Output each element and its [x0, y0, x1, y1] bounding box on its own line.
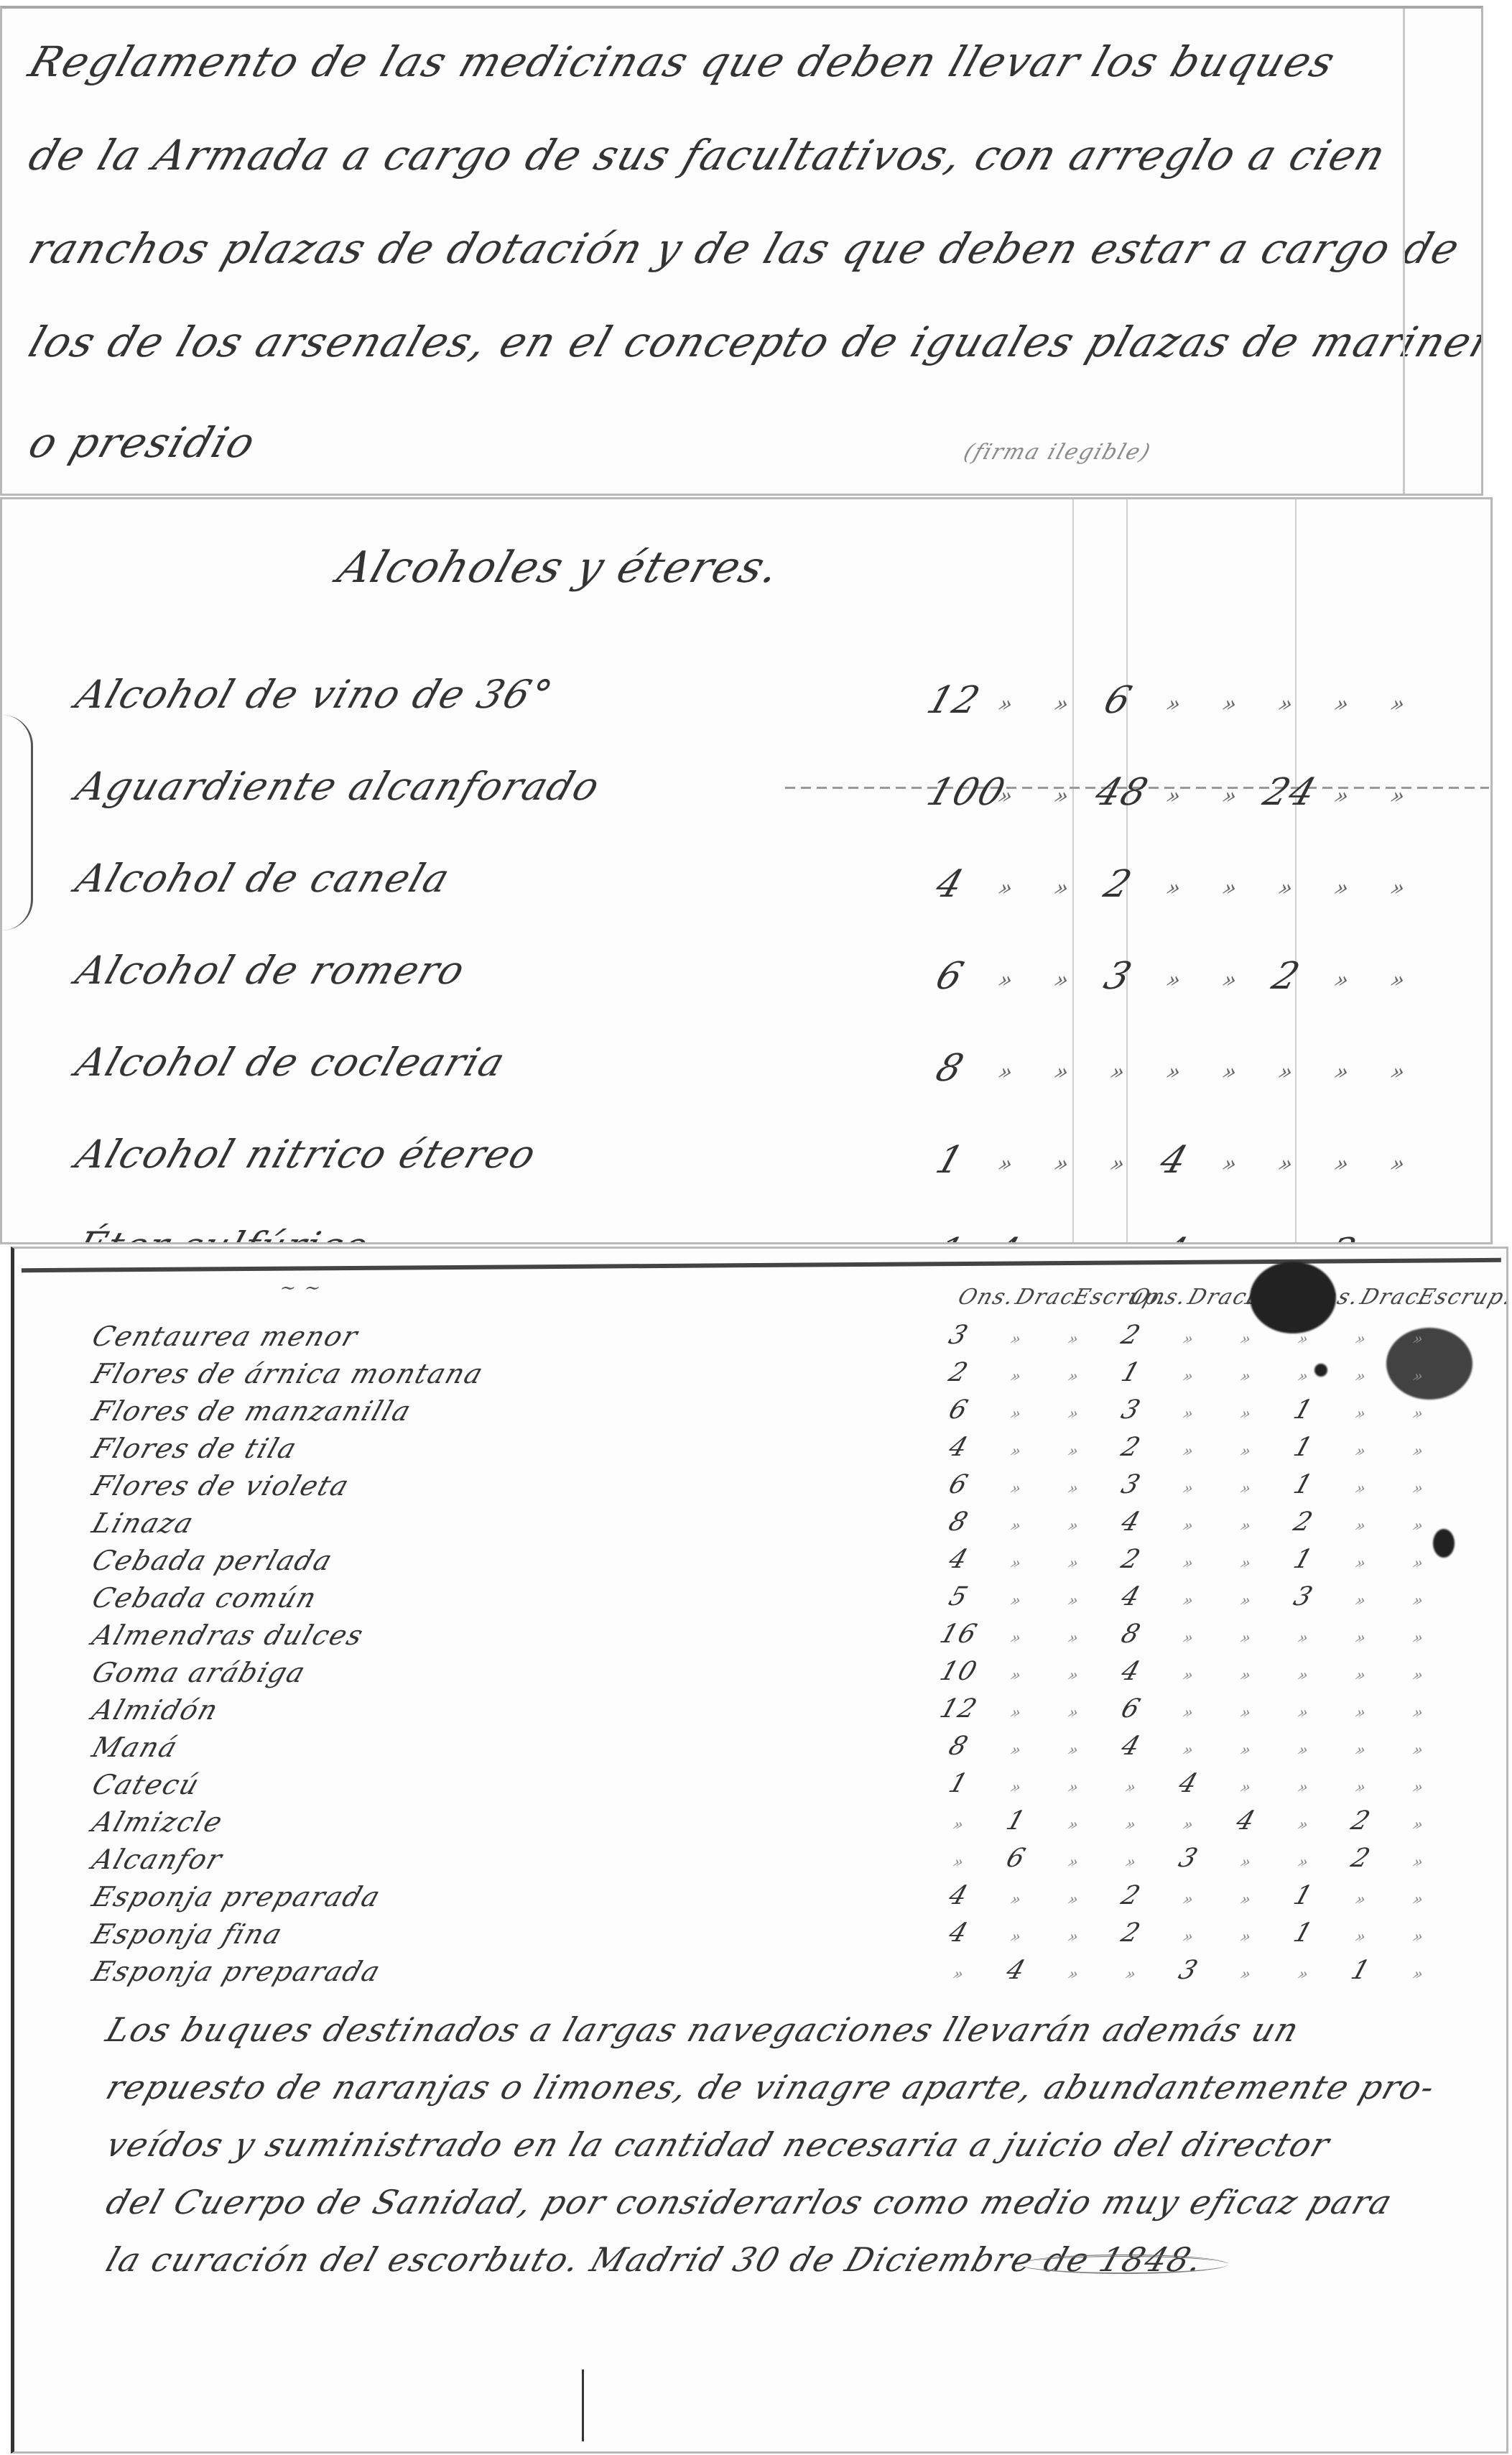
quantity-cell: »: [1340, 1592, 1382, 1610]
quantity-cell: »: [1340, 1742, 1382, 1760]
quantity-cell: 48: [1090, 771, 1146, 814]
quantity-cell: »: [1317, 1060, 1368, 1085]
medicine-row: »6»»3»»2»: [941, 1844, 1501, 1878]
title-line-1: Reglamento de las medicinas que deben ll…: [23, 37, 1342, 86]
quantity-cell: 8: [1108, 1619, 1154, 1649]
quantity-cell: »: [1053, 1779, 1095, 1797]
quantity-cell: »: [1225, 1443, 1267, 1461]
quantity-cell: »: [1317, 692, 1368, 717]
quantity-cell: 6: [922, 955, 978, 998]
column-header: Ons.: [1127, 1285, 1190, 1310]
quantity-cell: »: [938, 1816, 980, 1834]
quantity-cell: »: [1283, 1667, 1325, 1685]
quantity-cell: »: [1036, 876, 1087, 901]
title-line-4: los de los arsenales, en el concepto de …: [23, 318, 1483, 366]
quantity-cell: »: [1340, 1928, 1382, 1946]
alcohol-row: 4»»2»»»»»: [929, 863, 1446, 913]
quantity-cell: »: [1398, 1629, 1439, 1647]
quantity-cell: 1: [1108, 1358, 1154, 1387]
quantity-cell: »: [1053, 1854, 1095, 1872]
quantity-cell: »: [1283, 1331, 1325, 1349]
quantity-cell: 2: [1338, 1844, 1383, 1873]
quantity-cell: 3: [1281, 1582, 1326, 1612]
quantity-cell: »: [980, 1152, 1031, 1177]
footer-line-4: del Cuerpo de Sanidad, por considerarlos…: [101, 2183, 1398, 2221]
alcohol-name: Alcohol de vino de 36°: [70, 672, 560, 717]
alcohol-row: 100»»48»»24»»: [929, 771, 1446, 821]
quantity-cell: »: [1261, 1152, 1312, 1177]
quantity-cell: »: [1340, 1779, 1382, 1797]
medicine-row: 4»»2»»1»»: [941, 1545, 1501, 1579]
quantity-cell: »: [1225, 1966, 1267, 1984]
quantity-cell: »: [1168, 1928, 1210, 1946]
quantity-cell: 4: [1146, 1231, 1202, 1244]
title-line-3: ranchos plazas de dotación y de las que …: [23, 224, 1467, 273]
medicine-name: Cebada perlada: [88, 1545, 338, 1576]
medicine-name: Alcanfor: [88, 1844, 227, 1875]
quantity-cell: »: [1261, 692, 1312, 717]
quantity-cell: »: [1168, 1592, 1210, 1610]
quantity-cell: 3: [936, 1321, 981, 1350]
medicine-row: 16»»8»»»»»: [941, 1619, 1501, 1654]
quantity-cell: 2: [1338, 1806, 1383, 1836]
medicine-row: 5»»4»»3»»: [941, 1582, 1501, 1617]
quantity-cell: »: [1398, 1854, 1439, 1872]
medicine-name: Maná: [88, 1732, 182, 1763]
quantity-cell: »: [1110, 1779, 1152, 1797]
medicine-row: 12»»6»»»»»: [941, 1694, 1501, 1729]
quantity-cell: »: [1283, 1704, 1325, 1722]
quantity-cell: »: [1053, 1331, 1095, 1349]
quantity-cell: »: [1373, 1244, 1424, 1244]
alcohol-name: Éter sulfúrico: [70, 1224, 376, 1244]
medicine-name: Catecú: [88, 1769, 205, 1800]
quantity-cell: »: [1149, 692, 1200, 717]
medicine-name: Flores de árnica montana: [88, 1358, 488, 1390]
quantity-cell: »: [1225, 1517, 1267, 1535]
quantity-cell: »: [1283, 1779, 1325, 1797]
quantity-cell: »: [1398, 1779, 1439, 1797]
quantity-cell: »: [1168, 1405, 1210, 1423]
quantity-cell: 1: [993, 1806, 1039, 1836]
quantity-cell: »: [1398, 1742, 1439, 1760]
quantity-cell: 1: [1281, 1545, 1326, 1574]
quantity-cell: 4: [993, 1956, 1039, 1985]
quantity-cell: »: [1036, 784, 1087, 809]
quantity-cell: »: [996, 1667, 1037, 1685]
quantity-cell: »: [980, 876, 1031, 901]
quantity-cell: 4: [1108, 1657, 1154, 1686]
quantity-cell: »: [1053, 1667, 1095, 1685]
alcohol-name: Alcohol de coclearia: [70, 1040, 512, 1085]
quantity-cell: 1: [1338, 1956, 1383, 1985]
quantity-cell: 3: [1108, 1395, 1154, 1425]
medicine-name: Flores de manzanilla: [88, 1395, 416, 1427]
quantity-cell: »: [1398, 1405, 1439, 1423]
quantity-cell: »: [1283, 1629, 1325, 1647]
quantity-cell: »: [1053, 1405, 1095, 1423]
quantity-cell: 4: [1108, 1507, 1154, 1537]
quantity-cell: »: [1168, 1629, 1210, 1647]
quantity-cell: 3: [1166, 1844, 1211, 1873]
quantity-cell: »: [1340, 1555, 1382, 1573]
medicine-name: Centaurea menor: [88, 1321, 363, 1352]
quantity-cell: »: [1340, 1480, 1382, 1498]
quantity-cell: 6: [993, 1844, 1039, 1873]
alcohol-row: 6»»3»»2»»: [929, 955, 1446, 1005]
quantity-cell: »: [996, 1331, 1037, 1349]
quantity-cell: 2: [1108, 1918, 1154, 1948]
medicine-row: 4»»2»»1»»: [941, 1918, 1501, 1953]
quantity-cell: »: [1110, 1854, 1152, 1872]
quantity-cell: »: [1053, 1368, 1095, 1386]
paper-fold-mark: [2, 715, 33, 930]
quantity-cell: »: [1225, 1742, 1267, 1760]
quantity-cell: »: [1168, 1816, 1210, 1834]
quantity-cell: »: [1398, 1891, 1439, 1909]
quantity-cell: 24: [1258, 771, 1314, 814]
quantity-cell: 1: [1281, 1918, 1326, 1948]
quantity-cell: »: [1205, 968, 1256, 993]
quantity-cell: »: [1053, 1966, 1095, 1984]
quantity-cell: 12: [936, 1694, 981, 1724]
footer-line-2: repuesto de naranjas o limones, de vinag…: [101, 2068, 1441, 2107]
quantity-cell: »: [996, 1891, 1037, 1909]
quantity-cell: 2: [1108, 1881, 1154, 1910]
medicine-row: 2»»1»»»»»: [941, 1358, 1501, 1392]
medicine-row: »1»»»4»2»: [941, 1806, 1501, 1841]
quantity-cell: »: [1205, 784, 1256, 809]
quantity-cell: »: [1053, 1517, 1095, 1535]
column-header: Ons.: [955, 1285, 1018, 1310]
quantity-cell: »: [1340, 1331, 1382, 1349]
quantity-cell: »: [1053, 1592, 1095, 1610]
quantity-cell: »: [1398, 1443, 1439, 1461]
quantity-cell: 3: [1090, 955, 1146, 998]
quantity-cell: 1: [1281, 1881, 1326, 1910]
quantity-cell: »: [996, 1779, 1037, 1797]
quantity-cell: 2: [1258, 955, 1314, 998]
quantity-cell: »: [1093, 1060, 1144, 1085]
medicine-row: 8»»4»»»»»: [941, 1732, 1501, 1766]
quantity-cell: »: [1340, 1405, 1382, 1423]
page-edge-line: [1403, 9, 1405, 496]
quantity-cell: 8: [936, 1507, 981, 1537]
quantity-cell: 16: [936, 1619, 981, 1649]
quantity-cell: »: [1168, 1555, 1210, 1573]
quantity-cell: »: [938, 1966, 980, 1984]
quantity-cell: »: [1398, 1928, 1439, 1946]
quantity-cell: 6: [1090, 679, 1146, 722]
quantity-cell: »: [996, 1555, 1037, 1573]
quantity-cell: 1: [922, 1231, 978, 1244]
quantity-cell: »: [980, 968, 1031, 993]
quantity-cell: »: [1205, 692, 1256, 717]
quantity-cell: »: [1149, 876, 1200, 901]
quantity-cell: 5: [936, 1582, 981, 1612]
quantity-cell: 100: [922, 771, 978, 814]
quantity-cell: »: [980, 784, 1031, 809]
quantity-cell: »: [1053, 1816, 1095, 1834]
medicine-row: 8»»4»»2»»: [941, 1507, 1501, 1542]
quantity-cell: 2: [1090, 863, 1146, 906]
medicine-row: 4»»2»»1»»: [941, 1433, 1501, 1467]
quantity-cell: 2: [1108, 1545, 1154, 1574]
quantity-cell: »: [1149, 784, 1200, 809]
quantity-cell: »: [1225, 1405, 1267, 1423]
medicine-name: Goma arábiga: [88, 1657, 310, 1688]
quantity-cell: »: [1168, 1704, 1210, 1722]
medicine-name: Almidón: [88, 1694, 223, 1726]
quantity-cell: 1: [1281, 1395, 1326, 1425]
quantity-cell: »: [1053, 1480, 1095, 1498]
medicine-row: 6»»3»»1»»: [941, 1470, 1501, 1504]
quantity-cell: »: [996, 1517, 1037, 1535]
quantity-cell: 12: [922, 679, 978, 722]
quantity-cell: 6: [1108, 1694, 1154, 1724]
footer-line-3: veídos y suministrado en la cantidad nec…: [101, 2125, 1335, 2164]
quantity-cell: »: [1340, 1517, 1382, 1535]
medicine-name: Cebada común: [88, 1582, 322, 1614]
medicine-name: Flores de violeta: [88, 1470, 354, 1502]
quantity-cell: 8: [922, 1047, 978, 1090]
quantity-cell: »: [1373, 1060, 1424, 1085]
quantity-cell: »: [1053, 1629, 1095, 1647]
quantity-cell: »: [1373, 968, 1424, 993]
quantity-cell: »: [1398, 1480, 1439, 1498]
quantity-cell: »: [1398, 1704, 1439, 1722]
alcohols-panel: Alcoholes y éteres. Alcohol de vino de 3…: [0, 497, 1493, 1244]
quantity-cell: »: [980, 1060, 1031, 1085]
quantity-cell: »: [1053, 1704, 1095, 1722]
quantity-cell: »: [1225, 1667, 1267, 1685]
medicine-row: 1»»»4»»»»: [941, 1769, 1501, 1803]
quantity-cell: »: [1110, 1966, 1152, 1984]
quantity-cell: »: [1036, 1060, 1087, 1085]
quantity-cell: »: [1149, 1060, 1200, 1085]
quantity-cell: »: [1205, 1060, 1256, 1085]
quantity-cell: »: [996, 1629, 1037, 1647]
quantity-cell: 4: [1166, 1769, 1211, 1798]
quantity-cell: »: [996, 1704, 1037, 1722]
signature-flourish: [1020, 2255, 1228, 2274]
quantity-cell: »: [996, 1742, 1037, 1760]
quantity-cell: »: [1340, 1667, 1382, 1685]
quantity-cell: »: [1053, 1742, 1095, 1760]
title-panel: Reglamento de las medicinas que deben ll…: [0, 6, 1483, 496]
quantity-cell: 1: [936, 1769, 981, 1798]
quantity-cell: »: [1373, 784, 1424, 809]
quantity-cell: 4: [1108, 1732, 1154, 1761]
quantity-cell: »: [1168, 1667, 1210, 1685]
medicine-row: 4»»2»»1»»: [941, 1881, 1501, 1915]
medicine-name: Esponja fina: [88, 1918, 287, 1950]
medicine-row: 10»»4»»»»»: [941, 1657, 1501, 1691]
quantity-cell: »: [1373, 692, 1424, 717]
quantity-cell: 10: [936, 1657, 981, 1686]
quantity-cell: »: [1398, 1592, 1439, 1610]
quantity-cell: »: [1225, 1368, 1267, 1386]
quantity-cell: »: [1340, 1443, 1382, 1461]
quantity-cell: »: [1053, 1891, 1095, 1909]
quantity-cell: »: [1053, 1555, 1095, 1573]
quantity-cell: »: [996, 1443, 1037, 1461]
alcohol-row: 1»»»4»»»»: [929, 1139, 1446, 1189]
quantity-cell: »: [1225, 1629, 1267, 1647]
quantity-cell: »: [1053, 1928, 1095, 1946]
signature: (firma ilegible): [960, 440, 1154, 465]
alcohol-row: 14»»4»»3»: [929, 1231, 1446, 1244]
medicine-name: Linaza: [88, 1507, 198, 1539]
quantity-cell: »: [1317, 876, 1368, 901]
quantity-cell: »: [1261, 876, 1312, 901]
quantity-cell: »: [1340, 1704, 1382, 1722]
alcohol-name: Alcohol de romero: [70, 948, 472, 993]
alcohol-row: 12»»6»»»»»: [929, 679, 1446, 729]
quantity-cell: 4: [936, 1433, 981, 1462]
medicine-row: »4»»3»»1»: [941, 1956, 1501, 1990]
quantity-cell: »: [1398, 1555, 1439, 1573]
quantity-cell: 2: [1281, 1507, 1326, 1537]
quantity-cell: »: [1093, 1244, 1144, 1244]
quantity-cell: »: [996, 1928, 1037, 1946]
alcohol-row: 8»»»»»»»»: [929, 1047, 1446, 1097]
quantity-cell: »: [1225, 1779, 1267, 1797]
quantity-cell: »: [1283, 1742, 1325, 1760]
column-header: Escrup.: [1414, 1285, 1508, 1310]
quantity-cell: »: [1168, 1742, 1210, 1760]
quantity-cell: 4: [1146, 1139, 1202, 1182]
alcohol-name: Alcohol nitrico étereo: [70, 1132, 543, 1177]
quantity-cell: 4: [1108, 1582, 1154, 1612]
title-line-5: o presidio: [23, 418, 263, 467]
section-heading-alcohols: Alcoholes y éteres.: [332, 542, 787, 593]
quantity-cell: »: [1168, 1331, 1210, 1349]
quantity-cell: 2: [1108, 1433, 1154, 1462]
quantity-cell: 4: [936, 1918, 981, 1948]
quantity-cell: »: [1398, 1517, 1439, 1535]
margin-stroke: [582, 2370, 584, 2441]
quantity-cell: »: [996, 1368, 1037, 1386]
quantity-cell: »: [1373, 876, 1424, 901]
quantity-cell: »: [1168, 1443, 1210, 1461]
quantity-cell: »: [1205, 1244, 1256, 1244]
medicine-row: 3»»2»»»»»: [941, 1321, 1501, 1355]
quantity-cell: »: [1053, 1443, 1095, 1461]
quantity-cell: »: [1373, 1152, 1424, 1177]
quantity-cell: 4: [936, 1881, 981, 1910]
quantity-cell: »: [980, 692, 1031, 717]
quantity-cell: 4: [936, 1545, 981, 1574]
quantity-cell: »: [1225, 1480, 1267, 1498]
quantity-cell: »: [1225, 1854, 1267, 1872]
quantity-cell: »: [1036, 1244, 1087, 1244]
quantity-cell: »: [1149, 968, 1200, 993]
quantity-cell: »: [1225, 1704, 1267, 1722]
quantity-cell: 4: [978, 1231, 1034, 1244]
quantity-cell: »: [996, 1592, 1037, 1610]
quantity-cell: »: [1225, 1891, 1267, 1909]
quantity-cell: »: [1398, 1368, 1439, 1386]
quantity-cell: »: [1398, 1966, 1439, 1984]
quantity-cell: »: [1283, 1966, 1325, 1984]
quantity-cell: »: [1340, 1629, 1382, 1647]
medicine-name: Almendras dulces: [88, 1619, 368, 1651]
quantity-cell: »: [1317, 1152, 1368, 1177]
quantity-cell: »: [1225, 1331, 1267, 1349]
quantity-cell: 1: [1281, 1470, 1326, 1499]
medicine-name: Almizcle: [88, 1806, 228, 1838]
quantity-cell: »: [1283, 1368, 1325, 1386]
quantity-cell: »: [1340, 1368, 1382, 1386]
quantity-cell: 4: [1223, 1806, 1268, 1836]
quantity-cell: »: [1398, 1816, 1439, 1834]
quantity-cell: »: [996, 1405, 1037, 1423]
quantity-cell: »: [1225, 1928, 1267, 1946]
medicine-name: Esponja preparada: [88, 1956, 385, 1987]
quantity-cell: »: [1340, 1891, 1382, 1909]
quantity-cell: »: [1205, 876, 1256, 901]
quantity-cell: »: [1036, 692, 1087, 717]
footer-line-1: Los buques destinados a largas navegacio…: [101, 2010, 1304, 2049]
quantity-cell: 3: [1166, 1956, 1211, 1985]
quantity-cell: 6: [936, 1395, 981, 1425]
quantity-cell: »: [1317, 968, 1368, 993]
quantity-cell: »: [1168, 1891, 1210, 1909]
quantity-cell: »: [1168, 1368, 1210, 1386]
quantity-cell: 2: [936, 1358, 981, 1387]
quantity-cell: »: [1093, 1152, 1144, 1177]
quantity-cell: 4: [922, 863, 978, 906]
quantity-cell: »: [1283, 1816, 1325, 1834]
medicines-panel: ~ ~ Ons.Drac.Escrup.Ons.Drac.Escrup.Ons.…: [11, 1247, 1508, 2454]
medicine-row: 6»»3»»1»»: [941, 1395, 1501, 1430]
quantity-cell: »: [1205, 1152, 1256, 1177]
quantity-cell: 3: [1108, 1470, 1154, 1499]
medicine-name: Flores de tila: [88, 1433, 302, 1464]
quantity-cell: 8: [936, 1732, 981, 1761]
quantity-cell: »: [1261, 1244, 1312, 1244]
quantity-cell: »: [938, 1854, 980, 1872]
title-line-2: de la Armada a cargo de sus facultativos…: [23, 131, 1393, 180]
quantity-cell: 2: [1108, 1321, 1154, 1350]
quantity-cell: »: [1317, 784, 1368, 809]
alcohol-name: Alcohol de canela: [70, 856, 457, 901]
alcohol-name: Aguardiente alcanforado: [70, 764, 606, 809]
quantity-cell: »: [996, 1480, 1037, 1498]
quantity-cell: »: [1398, 1331, 1439, 1349]
quantity-cell: »: [1225, 1555, 1267, 1573]
quantity-cell: »: [1110, 1816, 1152, 1834]
quantity-cell: »: [1036, 1152, 1087, 1177]
quantity-cell: 3: [1314, 1231, 1370, 1244]
quantity-cell: »: [1168, 1480, 1210, 1498]
quantity-cell: 1: [1281, 1433, 1326, 1462]
quantity-cell: »: [1168, 1517, 1210, 1535]
quantity-cell: »: [1283, 1854, 1325, 1872]
faint-heading-mark: ~ ~: [277, 1277, 325, 1299]
quantity-cell: »: [1036, 968, 1087, 993]
quantity-cell: »: [1398, 1667, 1439, 1685]
quantity-cell: »: [1225, 1592, 1267, 1610]
quantity-cell: 1: [922, 1139, 978, 1182]
medicine-name: Esponja preparada: [88, 1881, 385, 1913]
quantity-cell: »: [1261, 1060, 1312, 1085]
quantity-cell: 6: [936, 1470, 981, 1499]
